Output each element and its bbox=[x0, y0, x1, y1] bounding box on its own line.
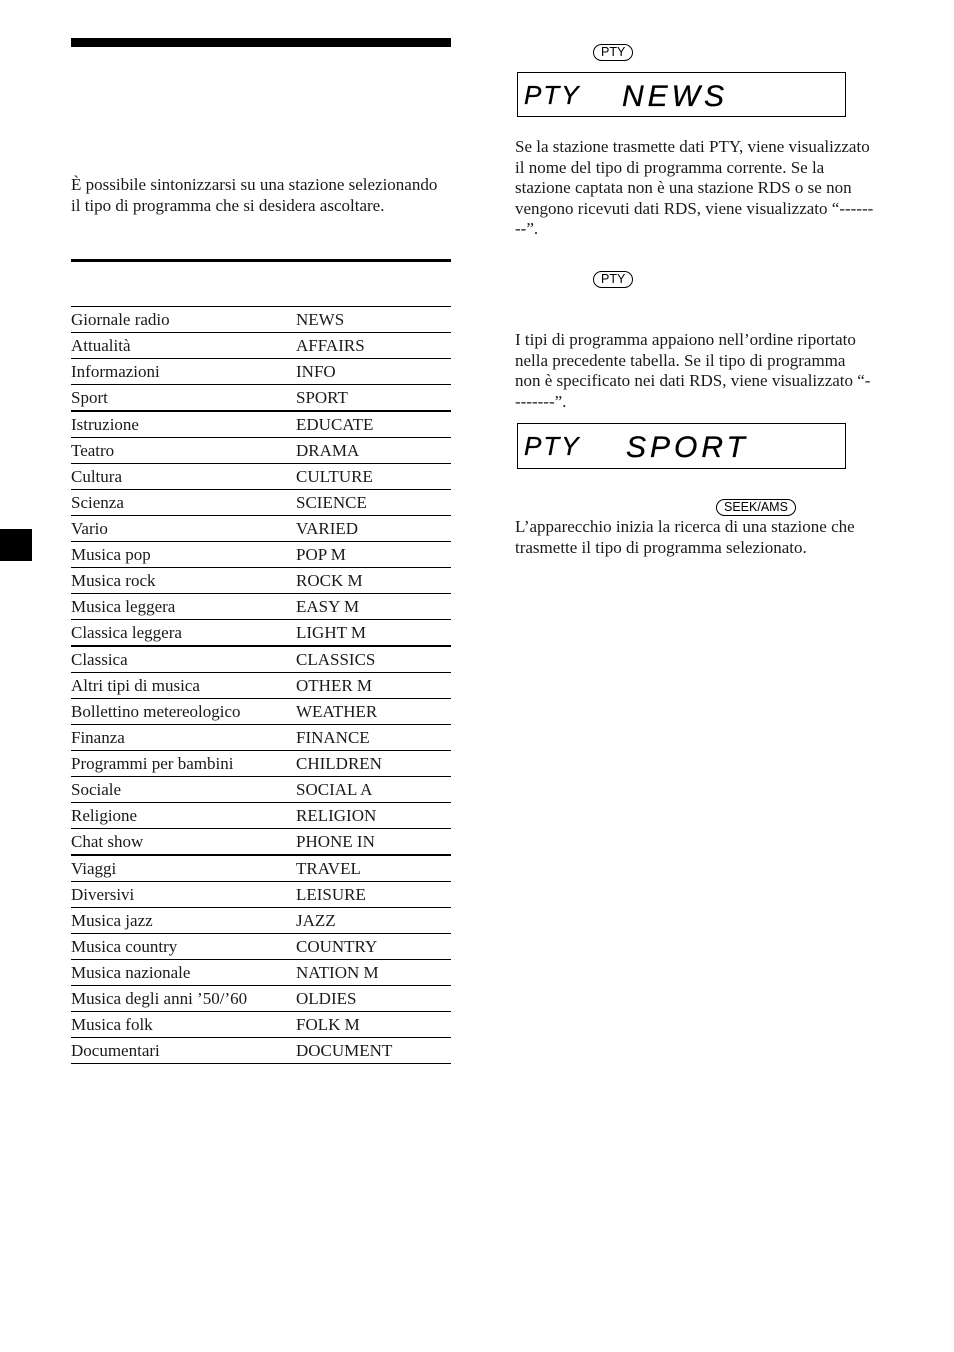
pty-button-2[interactable]: PTY bbox=[593, 271, 633, 288]
program-type-code: EDUCATE bbox=[296, 411, 451, 438]
program-type-code: NATION M bbox=[296, 960, 451, 986]
table-row: TeatroDRAMA bbox=[71, 438, 451, 464]
program-type-name: Istruzione bbox=[71, 411, 296, 438]
program-type-code: SCIENCE bbox=[296, 490, 451, 516]
program-type-name: Scienza bbox=[71, 490, 296, 516]
program-type-name: Cultura bbox=[71, 464, 296, 490]
program-type-code: WEATHER bbox=[296, 699, 451, 725]
svg-text:NEWS: NEWS bbox=[622, 80, 728, 113]
program-type-code: CULTURE bbox=[296, 464, 451, 490]
program-type-name: Classica bbox=[71, 646, 296, 673]
program-type-code: EASY M bbox=[296, 594, 451, 620]
table-row: Musica countryCOUNTRY bbox=[71, 934, 451, 960]
svg-text:PTY: PTY bbox=[524, 431, 581, 461]
program-type-code: DOCUMENT bbox=[296, 1038, 451, 1064]
program-type-name: Musica nazionale bbox=[71, 960, 296, 986]
program-type-code: FINANCE bbox=[296, 725, 451, 751]
program-type-name: Documentari bbox=[71, 1038, 296, 1064]
program-type-code: CLASSICS bbox=[296, 646, 451, 673]
table-row: Musica jazzJAZZ bbox=[71, 908, 451, 934]
program-type-code: PHONE IN bbox=[296, 829, 451, 856]
table-row: ScienzaSCIENCE bbox=[71, 490, 451, 516]
program-type-name: Classica leggera bbox=[71, 620, 296, 647]
program-type-name: Musica leggera bbox=[71, 594, 296, 620]
program-type-name: Chat show bbox=[71, 829, 296, 856]
program-type-table: Giornale radioNEWSAttualitàAFFAIRSInform… bbox=[71, 306, 451, 1064]
table-row: Musica nazionaleNATION M bbox=[71, 960, 451, 986]
table-row: ReligioneRELIGION bbox=[71, 803, 451, 829]
program-type-name: Musica jazz bbox=[71, 908, 296, 934]
program-type-name: Sport bbox=[71, 385, 296, 412]
table-row: VarioVARIED bbox=[71, 516, 451, 542]
program-type-name: Musica folk bbox=[71, 1012, 296, 1038]
program-type-code: ROCK M bbox=[296, 568, 451, 594]
program-type-name: Musica country bbox=[71, 934, 296, 960]
program-type-name: Informazioni bbox=[71, 359, 296, 385]
table-row: AttualitàAFFAIRS bbox=[71, 333, 451, 359]
program-type-name: Altri tipi di musica bbox=[71, 673, 296, 699]
program-type-code: VARIED bbox=[296, 516, 451, 542]
table-row: Giornale radioNEWS bbox=[71, 307, 451, 333]
program-type-name: Teatro bbox=[71, 438, 296, 464]
seek-ams-button[interactable]: SEEK/AMS bbox=[716, 499, 796, 516]
table-row: Chat showPHONE IN bbox=[71, 829, 451, 856]
section-title-bar bbox=[71, 38, 451, 47]
table-row: Musica degli anni ’50/’60OLDIES bbox=[71, 986, 451, 1012]
chapter-tab-marker bbox=[0, 529, 32, 561]
table-row: Programmi per bambiniCHILDREN bbox=[71, 751, 451, 777]
program-type-code: SOCIAL A bbox=[296, 777, 451, 803]
program-type-name: Bollettino metereologico bbox=[71, 699, 296, 725]
program-type-name: Musica pop bbox=[71, 542, 296, 568]
table-row: Classica leggeraLIGHT M bbox=[71, 620, 451, 647]
program-type-code: RELIGION bbox=[296, 803, 451, 829]
lcd-display-sport: PTY SPORT bbox=[517, 423, 846, 469]
table-row: Altri tipi di musicaOTHER M bbox=[71, 673, 451, 699]
program-type-name: Programmi per bambini bbox=[71, 751, 296, 777]
program-type-code: JAZZ bbox=[296, 908, 451, 934]
program-type-code: FOLK M bbox=[296, 1012, 451, 1038]
program-type-name: Attualità bbox=[71, 333, 296, 359]
intro-paragraph: È possibile sintonizzarsi su una stazion… bbox=[71, 175, 451, 216]
program-type-name: Sociale bbox=[71, 777, 296, 803]
svg-text:PTY: PTY bbox=[524, 80, 581, 110]
table-row: ClassicaCLASSICS bbox=[71, 646, 451, 673]
table-row: Musica popPOP M bbox=[71, 542, 451, 568]
table-row: Musica leggeraEASY M bbox=[71, 594, 451, 620]
table-row: Musica rockROCK M bbox=[71, 568, 451, 594]
table-row: Bollettino metereologicoWEATHER bbox=[71, 699, 451, 725]
program-type-code: SPORT bbox=[296, 385, 451, 412]
program-type-name: Vario bbox=[71, 516, 296, 542]
step2-description: I tipi di programma appaiono nell’ordine… bbox=[515, 330, 875, 412]
program-type-code: CHILDREN bbox=[296, 751, 451, 777]
program-type-name: Giornale radio bbox=[71, 307, 296, 333]
step3-description: L’apparecchio inizia la ricerca di una s… bbox=[515, 517, 875, 558]
lcd-display-news: PTY NEWS bbox=[517, 72, 846, 117]
program-type-code: LEISURE bbox=[296, 882, 451, 908]
pty-button[interactable]: PTY bbox=[593, 44, 633, 61]
table-row: DiversiviLEISURE bbox=[71, 882, 451, 908]
program-type-name: Viaggi bbox=[71, 855, 296, 882]
section-divider bbox=[71, 259, 451, 262]
program-type-code: POP M bbox=[296, 542, 451, 568]
table-row: ViaggiTRAVEL bbox=[71, 855, 451, 882]
program-type-code: NEWS bbox=[296, 307, 451, 333]
program-type-code: OTHER M bbox=[296, 673, 451, 699]
lcd-segment-text: PTY SPORT bbox=[518, 424, 847, 470]
program-type-name: Musica degli anni ’50/’60 bbox=[71, 986, 296, 1012]
table-row: SocialeSOCIAL A bbox=[71, 777, 451, 803]
table-row: DocumentariDOCUMENT bbox=[71, 1038, 451, 1064]
program-type-name: Religione bbox=[71, 803, 296, 829]
table-row: FinanzaFINANCE bbox=[71, 725, 451, 751]
program-type-code: COUNTRY bbox=[296, 934, 451, 960]
table-row: InformazioniINFO bbox=[71, 359, 451, 385]
program-type-code: AFFAIRS bbox=[296, 333, 451, 359]
step1-description: Se la stazione trasmette dati PTY, viene… bbox=[515, 137, 875, 240]
table-row: SportSPORT bbox=[71, 385, 451, 412]
lcd-segment-text: PTY NEWS bbox=[518, 73, 847, 118]
program-type-name: Finanza bbox=[71, 725, 296, 751]
program-type-code: DRAMA bbox=[296, 438, 451, 464]
table-row: CulturaCULTURE bbox=[71, 464, 451, 490]
svg-text:SPORT: SPORT bbox=[626, 431, 749, 464]
program-type-name: Diversivi bbox=[71, 882, 296, 908]
program-type-code: OLDIES bbox=[296, 986, 451, 1012]
program-type-code: LIGHT M bbox=[296, 620, 451, 647]
program-type-code: TRAVEL bbox=[296, 855, 451, 882]
table-row: IstruzioneEDUCATE bbox=[71, 411, 451, 438]
program-type-name: Musica rock bbox=[71, 568, 296, 594]
table-row: Musica folkFOLK M bbox=[71, 1012, 451, 1038]
program-type-code: INFO bbox=[296, 359, 451, 385]
